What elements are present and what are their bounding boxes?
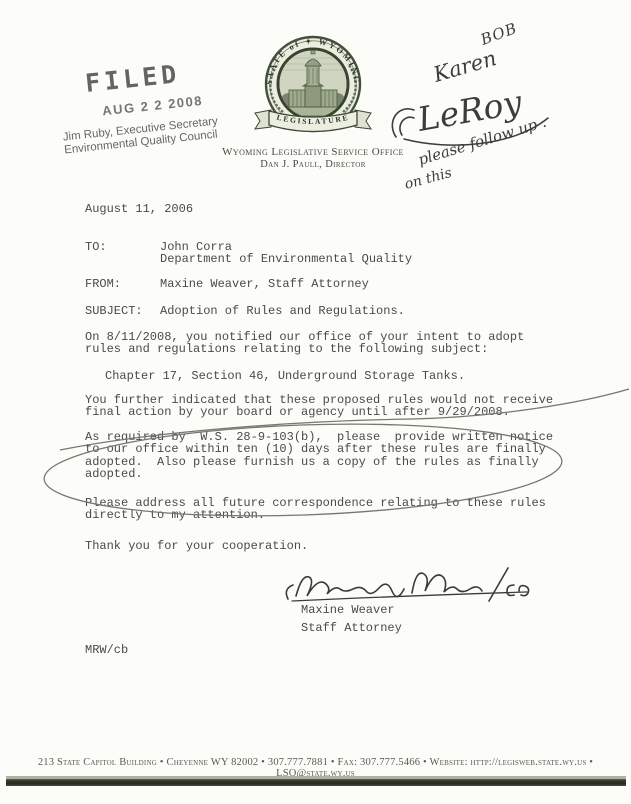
from-row: FROM: Maxine Weaver, Staff Attorney	[85, 278, 369, 290]
signer-title: Staff Attorney	[301, 621, 402, 635]
scanned-letter-page: FILED AUG 2 2 2008 Jim Ruby, Executive S…	[0, 0, 631, 804]
paragraph-5: Thank you for your cooperation.	[85, 540, 308, 552]
subject-label: SUBJECT:	[85, 305, 160, 317]
from-value: Maxine Weaver, Staff Attorney	[160, 278, 369, 290]
to-label: TO:	[85, 241, 160, 266]
subject-row: SUBJECT: Adoption of Rules and Regulatio…	[85, 305, 405, 317]
paragraph-4: Please address all future correspondence…	[85, 497, 546, 522]
chapter-line: Chapter 17, Section 46, Underground Stor…	[105, 370, 465, 382]
footer-divider-bar	[6, 776, 626, 786]
subject-value: Adoption of Rules and Regulations.	[160, 305, 405, 317]
to-value: John Corra Department of Environmental Q…	[160, 241, 412, 266]
letter-date: August 11, 2006	[85, 203, 193, 215]
paragraph-2: You further indicated that these propose…	[85, 394, 553, 419]
paragraph-3-circled: As required by W.S. 28-9-103(b), please …	[85, 431, 553, 481]
to-row: TO: John Corra Department of Environment…	[85, 241, 412, 266]
signer-name: Maxine Weaver	[301, 603, 395, 617]
letter-body: August 11, 2006 TO: John Corra Departmen…	[0, 0, 631, 804]
from-label: FROM:	[85, 278, 160, 290]
paragraph-1: On 8/11/2008, you notified our office of…	[85, 331, 524, 356]
reference-initials: MRW/cb	[85, 643, 128, 657]
